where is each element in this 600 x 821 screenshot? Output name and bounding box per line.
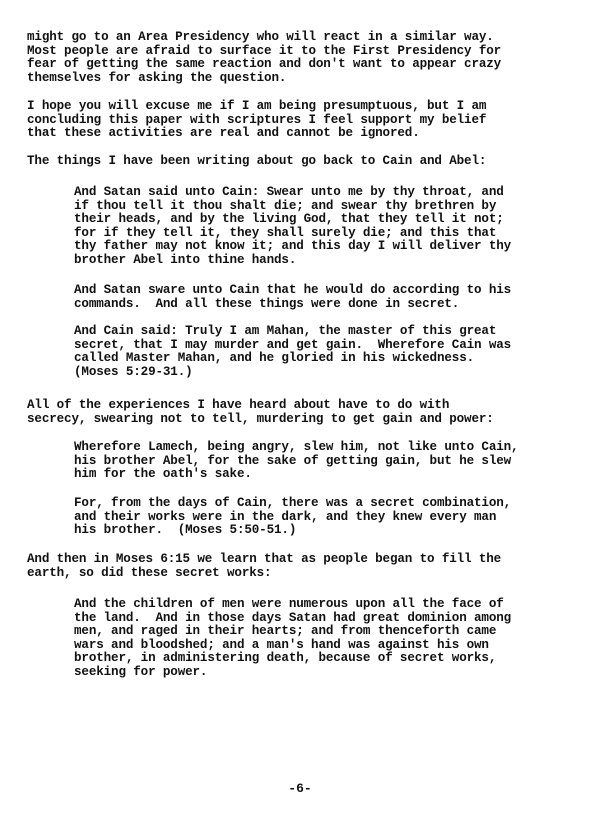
text-line: and their works were in the dark, and th… [74, 511, 511, 525]
text-line: wars and bloodshed; and a man's hand was… [74, 639, 511, 653]
text-line: that these activities are real and canno… [27, 127, 486, 141]
text-line: For, from the days of Cain, there was a … [74, 497, 511, 511]
text-line: if thou tell it thou shalt die; and swea… [74, 200, 511, 214]
scripture-quote: And Satan said unto Cain: Swear unto me … [74, 186, 511, 268]
text-line: men, and raged in their hearts; and from… [74, 625, 511, 639]
paragraph: might go to an Area Presidency who will … [27, 31, 501, 85]
scripture-quote: For, from the days of Cain, there was a … [74, 497, 511, 538]
paragraph: All of the experiences I have heard abou… [27, 399, 494, 426]
text-line: earth, so did these secret works: [27, 567, 501, 581]
text-line: (Moses 5:29-31.) [74, 366, 511, 380]
text-line: his brother Abel, for the sake of gettin… [74, 455, 518, 469]
text-line: And Satan said unto Cain: Swear unto me … [74, 186, 511, 200]
text-line: Most people are afraid to surface it to … [27, 45, 501, 59]
text-line: Wherefore Lamech, being angry, slew him,… [74, 441, 518, 455]
paragraph: I hope you will excuse me if I am being … [27, 100, 486, 141]
text-line: called Master Mahan, and he gloried in h… [74, 352, 511, 366]
text-line: All of the experiences I have heard abou… [27, 399, 494, 413]
text-line: for if they tell it, they shall surely d… [74, 227, 511, 241]
text-line: fear of getting the same reaction and do… [27, 58, 501, 72]
scripture-quote: Wherefore Lamech, being angry, slew him,… [74, 441, 518, 482]
text-line: brother Abel into thine hands. [74, 254, 511, 268]
scripture-quote: And the children of men were numerous up… [74, 598, 511, 680]
text-line: secrecy, swearing not to tell, murdering… [27, 413, 494, 427]
text-line: And Cain said: Truly I am Mahan, the mas… [74, 325, 511, 339]
text-line: seeking for power. [74, 666, 511, 680]
text-line: his brother. (Moses 5:50-51.) [74, 524, 511, 538]
text-line: themselves for asking the question. [27, 72, 501, 86]
text-line: him for the oath's sake. [74, 468, 518, 482]
text-line: I hope you will excuse me if I am being … [27, 100, 486, 114]
text-line: And Satan sware unto Cain that he would … [74, 284, 511, 298]
paragraph: And then in Moses 6:15 we learn that as … [27, 553, 501, 580]
text-line: thy father may not know it; and this day… [74, 240, 511, 254]
text-line: The things I have been writing about go … [27, 155, 486, 169]
scripture-quote: And Cain said: Truly I am Mahan, the mas… [74, 325, 511, 379]
scripture-quote: And Satan sware unto Cain that he would … [74, 284, 511, 311]
text-line: commands. And all these things were done… [74, 298, 511, 312]
text-line: And the children of men were numerous up… [74, 598, 511, 612]
text-line: their heads, and by the living God, that… [74, 213, 511, 227]
text-line: brother, in administering death, because… [74, 652, 511, 666]
text-line: concluding this paper with scriptures I … [27, 114, 486, 128]
text-line: might go to an Area Presidency who will … [27, 31, 501, 45]
text-line: And then in Moses 6:15 we learn that as … [27, 553, 501, 567]
document-page: might go to an Area Presidency who will … [0, 0, 600, 821]
paragraph: The things I have been writing about go … [27, 155, 486, 169]
text-line: the land. And in those days Satan had gr… [74, 612, 511, 626]
page-number: -6- [0, 781, 600, 796]
text-line: secret, that I may murder and get gain. … [74, 339, 511, 353]
